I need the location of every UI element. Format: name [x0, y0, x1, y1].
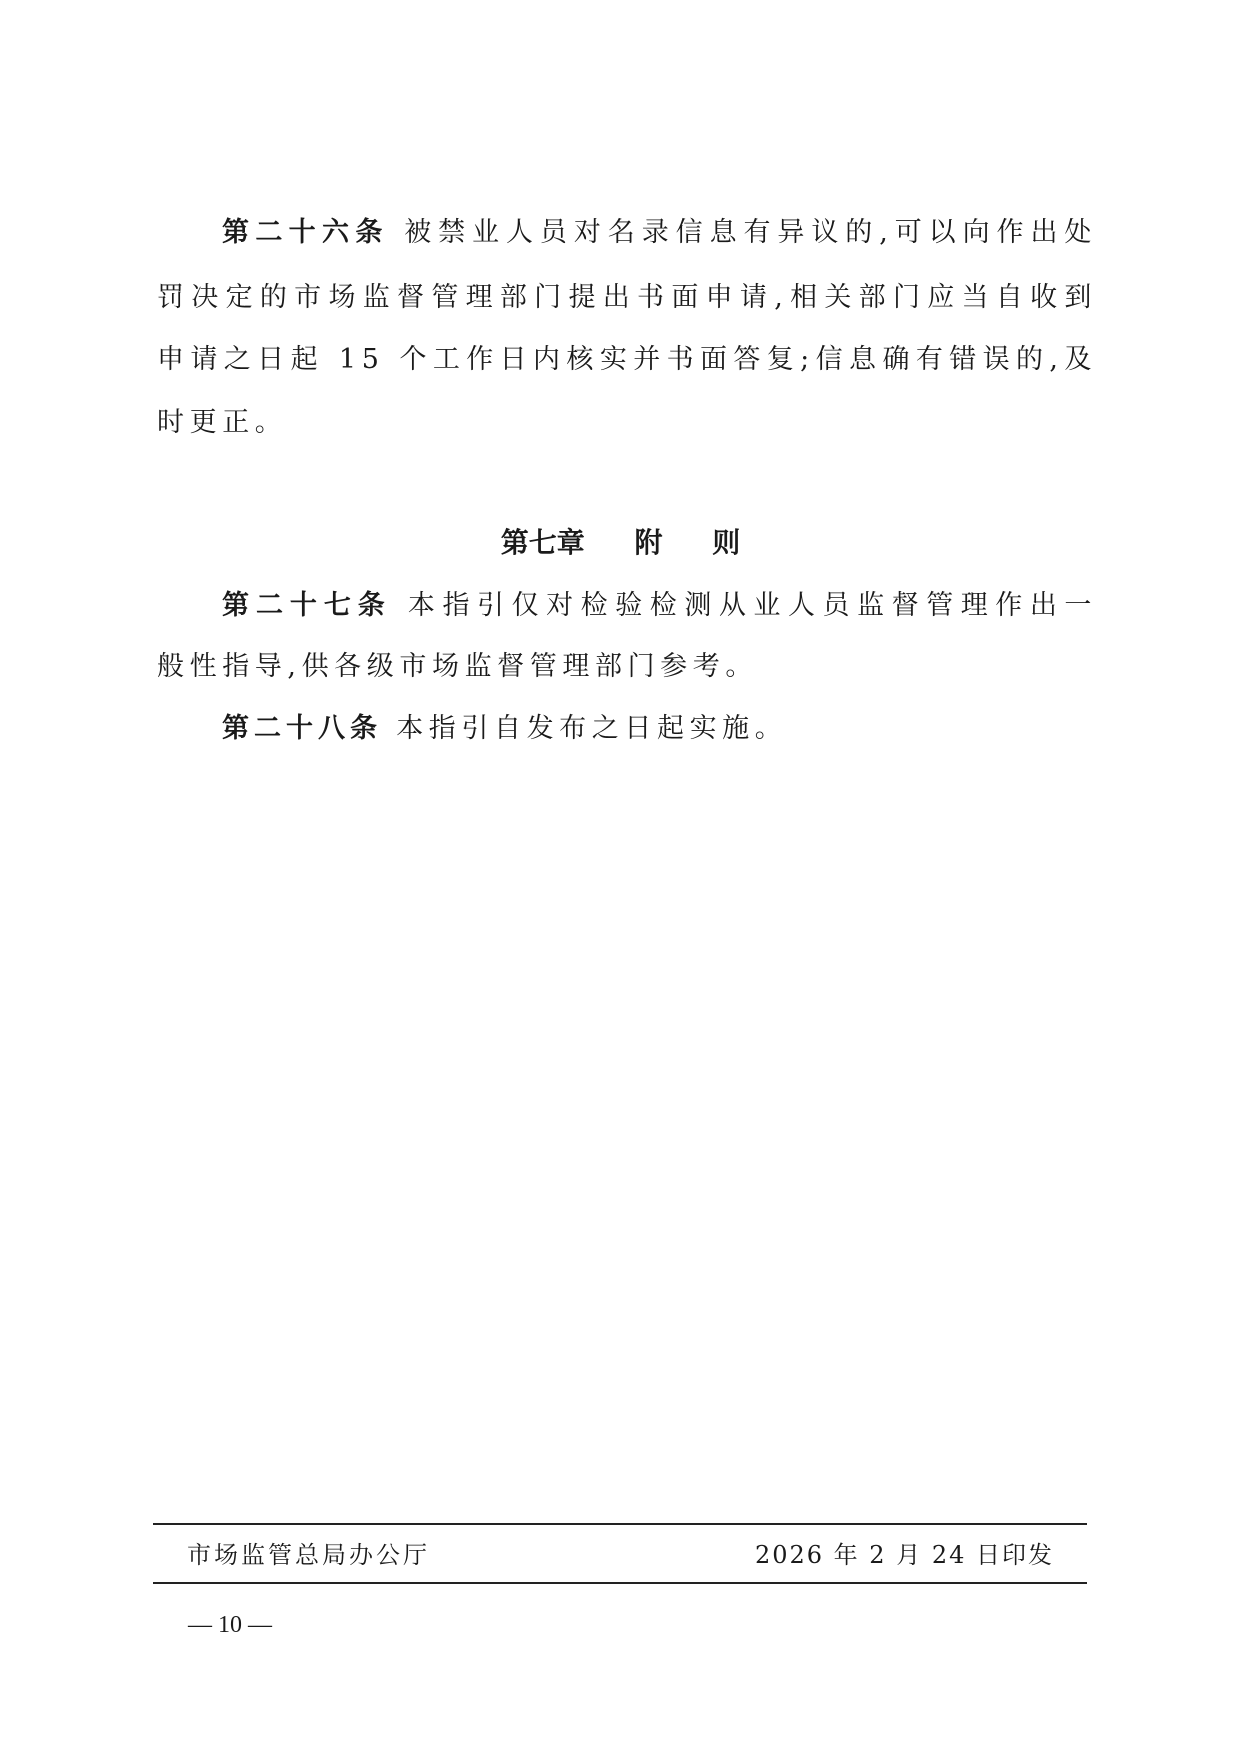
article-27-text-1: 本指引仅对检验检测从业人员监督管理作出一 [408, 590, 1097, 621]
footer-bottom-rule [153, 1582, 1087, 1584]
article-28-label: 第二十八条 [222, 713, 382, 744]
chapter-7-title-1: 附 [634, 523, 662, 563]
article-28-line-1: 第二十八条 本指引自发布之日起实施。 [222, 709, 1162, 749]
article-27-line-1: 第二十七条 本指引仅对检验检测从业人员监督管理作出一 [222, 586, 1097, 626]
article-27-line-2: 般性指导,供各级市场监督管理部门参考。 [157, 647, 1097, 687]
article-26-line-4: 时更正。 [157, 403, 1097, 443]
page-number: — 10 — [188, 1608, 272, 1642]
article-26-line-2: 罚决定的市场监督管理部门提出书面申请,相关部门应当自收到 [157, 278, 1097, 318]
article-26-line-3: 申请之日起 15 个工作日内核实并书面答复;信息确有错误的,及 [157, 340, 1097, 380]
footer-date: 2026 年 2 月 24 日印发 [755, 1537, 1054, 1573]
footer-top-rule [153, 1523, 1087, 1525]
article-26-line-1: 第二十六条 被禁业人员对名录信息有异议的,可以向作出处 [222, 213, 1097, 253]
article-26-label: 第二十六条 [222, 217, 389, 248]
chapter-7-heading: 第七章 附 则 [0, 523, 1241, 563]
chapter-7-title-2: 则 [712, 523, 740, 563]
chapter-7-number: 第七章 [501, 523, 585, 563]
article-28-text-1: 本指引自发布之日起实施。 [396, 713, 787, 744]
footer-issuer: 市场监管总局办公厅 [187, 1537, 430, 1573]
article-26-text-1: 被禁业人员对名录信息有异议的,可以向作出处 [404, 217, 1097, 248]
article-27-label: 第二十七条 [222, 590, 392, 621]
